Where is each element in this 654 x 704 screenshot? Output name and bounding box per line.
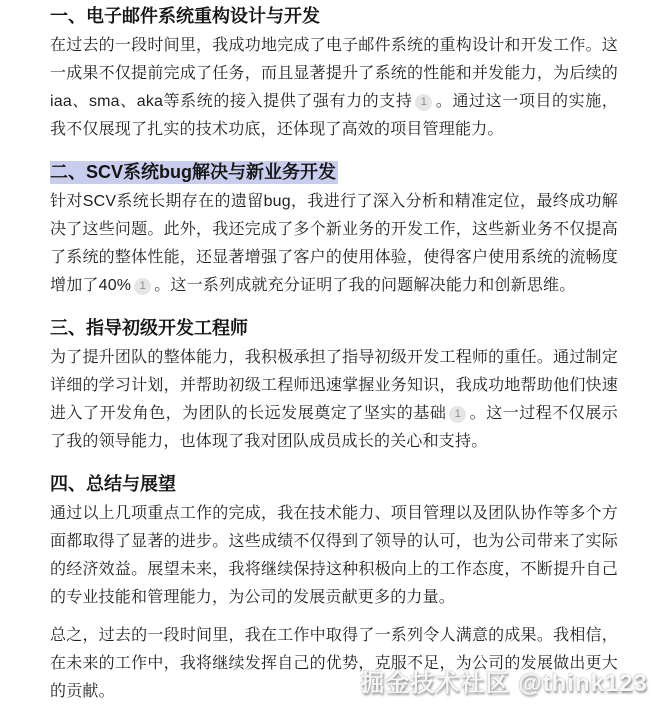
paragraph: 通过以上几项重点工作的完成，我在技术能力、项目管理以及团队协作等多个方面都取得了… <box>50 500 618 612</box>
paragraph: 针对SCV系统长期存在的遗留bug，我进行了深入分析和精准定位，最终成功解决了这… <box>50 188 618 300</box>
section-heading: 三、指导初级开发工程师 <box>50 316 618 340</box>
section: 三、指导初级开发工程师为了提升团队的整体能力，我积极承担了指导初级开发工程师的重… <box>50 316 618 456</box>
citation-badge[interactable]: 1 <box>415 94 432 111</box>
paragraph: 在过去的一段时间里，我成功地完成了电子邮件系统的重构设计和开发工作。这一成果不仅… <box>50 32 618 144</box>
section-heading: 四、总结与展望 <box>50 472 618 496</box>
document: 一、电子邮件系统重构设计与开发在过去的一段时间里，我成功地完成了电子邮件系统的重… <box>0 0 654 704</box>
paragraph: 总之，过去的一段时间里，我在工作中取得了一系列令人满意的成果。我相信，在未来的工… <box>50 622 618 704</box>
section-heading-text: 四、总结与展望 <box>50 474 176 494</box>
paragraph-text: 通过以上几项重点工作的完成，我在技术能力、项目管理以及团队协作等多个方面都取得了… <box>50 505 618 606</box>
citation-badge[interactable]: 1 <box>449 406 466 423</box>
section: 四、总结与展望通过以上几项重点工作的完成，我在技术能力、项目管理以及团队协作等多… <box>50 472 618 704</box>
paragraph-text: 。这一系列成就充分证明了我的问题解决能力和创新思维。 <box>154 277 575 294</box>
sections-container: 一、电子邮件系统重构设计与开发在过去的一段时间里，我成功地完成了电子邮件系统的重… <box>50 4 618 704</box>
paragraph-text: 总之，过去的一段时间里，我在工作中取得了一系列令人满意的成果。我相信，在未来的工… <box>50 627 618 700</box>
section-heading-text-highlighted: 二、SCV系统bug解决与新业务开发 <box>50 161 338 184</box>
section: 二、SCV系统bug解决与新业务开发针对SCV系统长期存在的遗留bug，我进行了… <box>50 160 618 300</box>
section-heading: 一、电子邮件系统重构设计与开发 <box>50 4 618 28</box>
section-heading: 二、SCV系统bug解决与新业务开发 <box>50 160 618 184</box>
section-heading-text: 一、电子邮件系统重构设计与开发 <box>50 6 320 26</box>
citation-badge[interactable]: 1 <box>134 278 151 295</box>
paragraph: 为了提升团队的整体能力，我积极承担了指导初级开发工程师的重任。通过制定详细的学习… <box>50 344 618 456</box>
section-heading-text: 三、指导初级开发工程师 <box>50 318 248 338</box>
section: 一、电子邮件系统重构设计与开发在过去的一段时间里，我成功地完成了电子邮件系统的重… <box>50 4 618 144</box>
